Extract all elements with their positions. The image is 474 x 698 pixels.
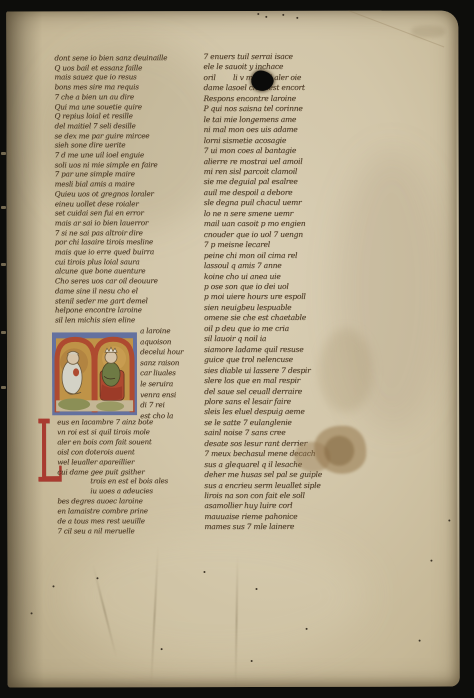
manuscript-text-line: sanz raison xyxy=(140,358,183,369)
manuscript-text-line: p moi uiere hours ure espoll xyxy=(204,292,322,303)
ink-showthrough xyxy=(319,329,373,413)
photo-background: dont sene io bien sanz deuinailleQ uos b… xyxy=(0,0,474,698)
manuscript-text-line: mauuaise rieme pahonice xyxy=(204,512,322,523)
manuscript-text-line: dame sine il nesu cho el xyxy=(55,286,168,296)
manuscript-text-line: guice que trol nelencuse xyxy=(204,355,322,366)
manuscript-text-line: auil me despoil a debore xyxy=(204,188,322,199)
manuscript-text-line: del saue sel ceuall derraire xyxy=(204,386,322,397)
manuscript-page: dont sene io bien sanz deuinailleQ uos b… xyxy=(6,11,459,688)
manuscript-text-line: koine cho ui anea uie xyxy=(204,271,322,282)
manuscript-text-line: cui dame gee puit gsither xyxy=(57,467,168,477)
manuscript-text-line: ni mal mon oes uis adame xyxy=(204,125,322,136)
binding-sewing-mark xyxy=(1,152,6,155)
manuscript-text-line: 7 p meisne lecarel xyxy=(204,240,322,251)
dirt-speck xyxy=(161,648,163,650)
manuscript-text-line: 7 d me une uil ioel enguie xyxy=(55,150,168,160)
manuscript-text-line: sie me deguial pal esalree xyxy=(204,177,322,188)
manuscript-text-line: di 7 rei xyxy=(140,400,183,411)
manuscript-text-line: eus en lacambre 7 ainz bote xyxy=(57,417,168,427)
manuscript-text-line: trois en est el bois ales xyxy=(90,477,168,487)
binding-sewing-mark xyxy=(1,206,6,209)
manuscript-text-line: decelui hour xyxy=(140,347,183,358)
manuscript-text-line: en lamaistre combre prine xyxy=(57,506,168,516)
dirt-speck xyxy=(265,16,267,18)
manuscript-text-line: bes degres auoec laroine xyxy=(57,496,168,506)
dirt-speck xyxy=(430,560,432,562)
page-cut-edge xyxy=(456,23,459,679)
manuscript-text-line: por chi lasaire tirois mesline xyxy=(55,237,168,247)
dirt-speck xyxy=(257,13,259,15)
manuscript-text-line: lirois na son con fait ele soll xyxy=(204,491,322,502)
manuscript-text-line: aler en bois com fait souent xyxy=(57,437,168,447)
dirt-speck xyxy=(448,520,450,522)
manuscript-text-line: wel leualler apareillier xyxy=(57,457,168,467)
manuscript-text-line: le tai mie longemens ame xyxy=(204,115,322,126)
left-column-beside-miniature-text: a laroineaquoisondecelui hoursanz raison… xyxy=(140,326,183,421)
manuscript-text-line: Respons encontre laroine xyxy=(203,94,321,105)
manuscript-text-line: Q repius loial et resille xyxy=(55,111,168,121)
binding-sewing-mark xyxy=(1,331,6,334)
dirt-speck xyxy=(256,588,258,590)
manuscript-text-line: alcune que bone auenture xyxy=(55,267,168,277)
manuscript-text-line: omene sie che est chaetable xyxy=(204,313,322,324)
manuscript-text-line: oil p deu que io me cria xyxy=(204,324,322,335)
rubric-initial-L: L xyxy=(36,417,53,497)
miniature-green-ground xyxy=(58,398,90,410)
manuscript-text-line: eineu uollet dese roialer xyxy=(55,199,168,209)
dirt-speck xyxy=(306,628,308,630)
manuscript-text-line: mail uan casoit p mo engien xyxy=(204,219,322,230)
historiated-initial-miniature xyxy=(52,332,137,415)
dirt-speck xyxy=(31,612,33,614)
manuscript-text-line: alierre re mostrai uel amoil xyxy=(204,156,322,167)
parchment-crease xyxy=(235,556,239,686)
manuscript-text-line: 7 enuers tuil serrai isace xyxy=(203,52,321,63)
dirt-speck xyxy=(52,585,54,587)
manuscript-text-line: sleis les eluel despuig aeme xyxy=(204,407,322,418)
manuscript-text-line: se dex me par guire mircee xyxy=(55,131,168,141)
manuscript-text-line: aquoison xyxy=(140,337,183,348)
manuscript-text-line: Cho seres uos car oil deouure xyxy=(55,276,168,286)
manuscript-text-line: plore sans el lesair faire xyxy=(204,397,322,408)
manuscript-text-line: dont sene io bien sanz deuinaille xyxy=(54,53,167,63)
manuscript-text-line: bons mes sire ma requis xyxy=(54,82,167,92)
parchment-crease xyxy=(150,546,159,686)
stain-blob xyxy=(324,436,354,466)
miniature-green-ground xyxy=(96,401,124,411)
manuscript-text-line: oisl con doterois auent xyxy=(57,447,168,457)
manuscript-text-line: mi ren sisl parcoit clamoil xyxy=(204,167,322,178)
manuscript-text-line: iu uoes a adeucies xyxy=(90,486,168,496)
manuscript-text-line: slere los que en mal respir xyxy=(204,376,322,387)
manuscript-text-line: mesli bial amis a maire xyxy=(55,179,168,189)
manuscript-text-line: mais sauez que io resus xyxy=(54,73,167,83)
binding-sewing-mark xyxy=(1,263,6,266)
manuscript-text-line: mais que io erre qued buirra xyxy=(55,247,168,257)
crown-icon xyxy=(105,347,117,352)
dirt-speck xyxy=(296,17,298,19)
manuscript-text-line: del maitiel 7 seli desille xyxy=(55,121,168,131)
manuscript-text-line: sil len michis sien eline xyxy=(55,315,168,325)
binding-sewing-mark xyxy=(1,386,6,389)
manuscript-text-line: Q uos bail et essanz faille xyxy=(54,63,167,73)
manuscript-text-line: 7 par une simple maire xyxy=(55,170,168,180)
manuscript-text-line: lassoul q amis 7 anne xyxy=(204,261,322,272)
manuscript-text-line: stenil seder me gart demel xyxy=(55,296,168,306)
manuscript-text-line: peine chi mon oil cima rel xyxy=(204,250,322,261)
miniature-graphic xyxy=(52,332,137,415)
dirt-speck xyxy=(282,14,284,16)
manuscript-text-line: a laroine xyxy=(140,326,183,337)
manuscript-text-line: venra ensi xyxy=(140,390,183,401)
manuscript-text-line: 7 cil seu a nil meruelle xyxy=(57,526,168,536)
dirt-speck xyxy=(203,571,205,573)
dirt-speck xyxy=(96,577,98,579)
manuscript-text-line: Quieu uos ot gregnos loraler xyxy=(55,189,168,199)
manuscript-text-line: 7 che a bien un au dire xyxy=(54,92,167,102)
manuscript-text-line: cui tirois plus loial saura xyxy=(55,257,168,267)
manuscript-text-line: sle degna puil chacul uemr xyxy=(204,198,322,209)
manuscript-text-line: helpone encontre laroine xyxy=(55,305,168,315)
manuscript-text-line: mais ar sai io bien lauerror xyxy=(55,218,168,228)
manuscript-text-line: p ose son que io dei uol xyxy=(204,282,322,293)
manuscript-text-line: mames sus 7 mle lainere xyxy=(204,522,322,533)
manuscript-text-line: set cuidai sen fui en error xyxy=(55,208,168,218)
manuscript-text-line: lorni sismetie acosagie xyxy=(204,135,322,146)
dirt-speck xyxy=(419,640,421,642)
manuscript-text-line: sieh sone dire uerite xyxy=(55,140,168,150)
manuscript-text-line: cnouder que io uol 7 uengn xyxy=(204,230,322,241)
manuscript-text-line: le seruira xyxy=(140,379,183,390)
left-column-upper-text: dont sene io bien sanz deuinailleQ uos b… xyxy=(54,53,167,325)
manuscript-text-line: asamollier huy luire corl xyxy=(204,501,322,512)
manuscript-text-line: siamore ladame quil resuse xyxy=(204,345,322,356)
binding-gutter-shadow xyxy=(6,11,43,687)
manuscript-text-line: 7 si ne sai pas altroir dire xyxy=(55,228,168,238)
manuscript-text-line: P qui nos saisna tel corinne xyxy=(203,104,321,115)
manuscript-text-line: sien neuigbeu lespuable xyxy=(204,303,322,314)
manuscript-text-line: vn roi est si quil tirois mole xyxy=(57,427,168,437)
dirt-speck xyxy=(251,660,253,662)
manuscript-text-line: lo ne n sere smene uemr xyxy=(204,209,322,220)
manuscript-text-line: soli uos ni mie simple en faire xyxy=(55,160,168,170)
manuscript-text-line: de a tous mes rest ueuille xyxy=(57,516,168,526)
manuscript-text-line: car liuales xyxy=(140,368,183,379)
manuscript-text-line: Qui ma une souetie quire xyxy=(54,102,167,112)
brown-stain xyxy=(294,424,372,484)
manuscript-text-line: sil lauoir q noil ia xyxy=(204,334,322,345)
manuscript-text-line: sies diable ui lassere 7 despir xyxy=(204,365,322,376)
left-column-lower-text: eus en lacambre 7 ainz botevn roi est si… xyxy=(57,417,168,536)
manuscript-text-line: 7 ui mon coes al bantagie xyxy=(204,146,322,157)
